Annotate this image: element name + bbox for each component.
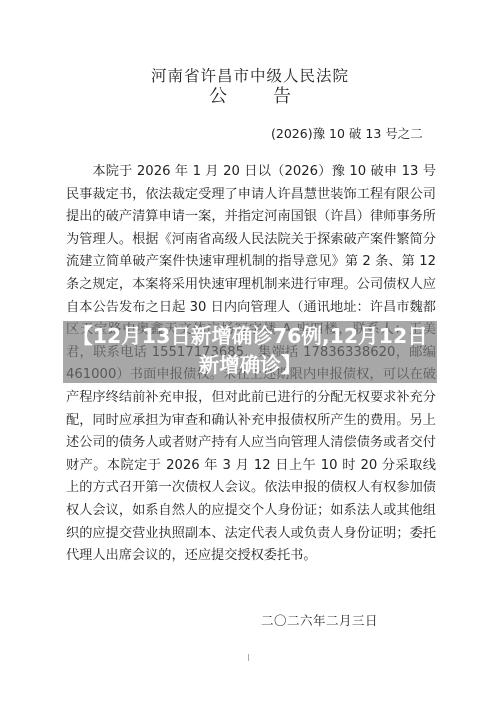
announcement-title: 公告 [0, 82, 500, 108]
document-number: (2026)豫 10 破 13 号之二 [271, 124, 423, 142]
sign-date: 二〇二六年二月三日 [261, 611, 378, 629]
page-marker [248, 654, 249, 661]
title-char-2: 告 [273, 82, 291, 108]
title-char-1: 公 [209, 82, 227, 108]
headline-text: 【12月13日新增确诊76例,12月12日新增确诊】 [63, 322, 437, 380]
